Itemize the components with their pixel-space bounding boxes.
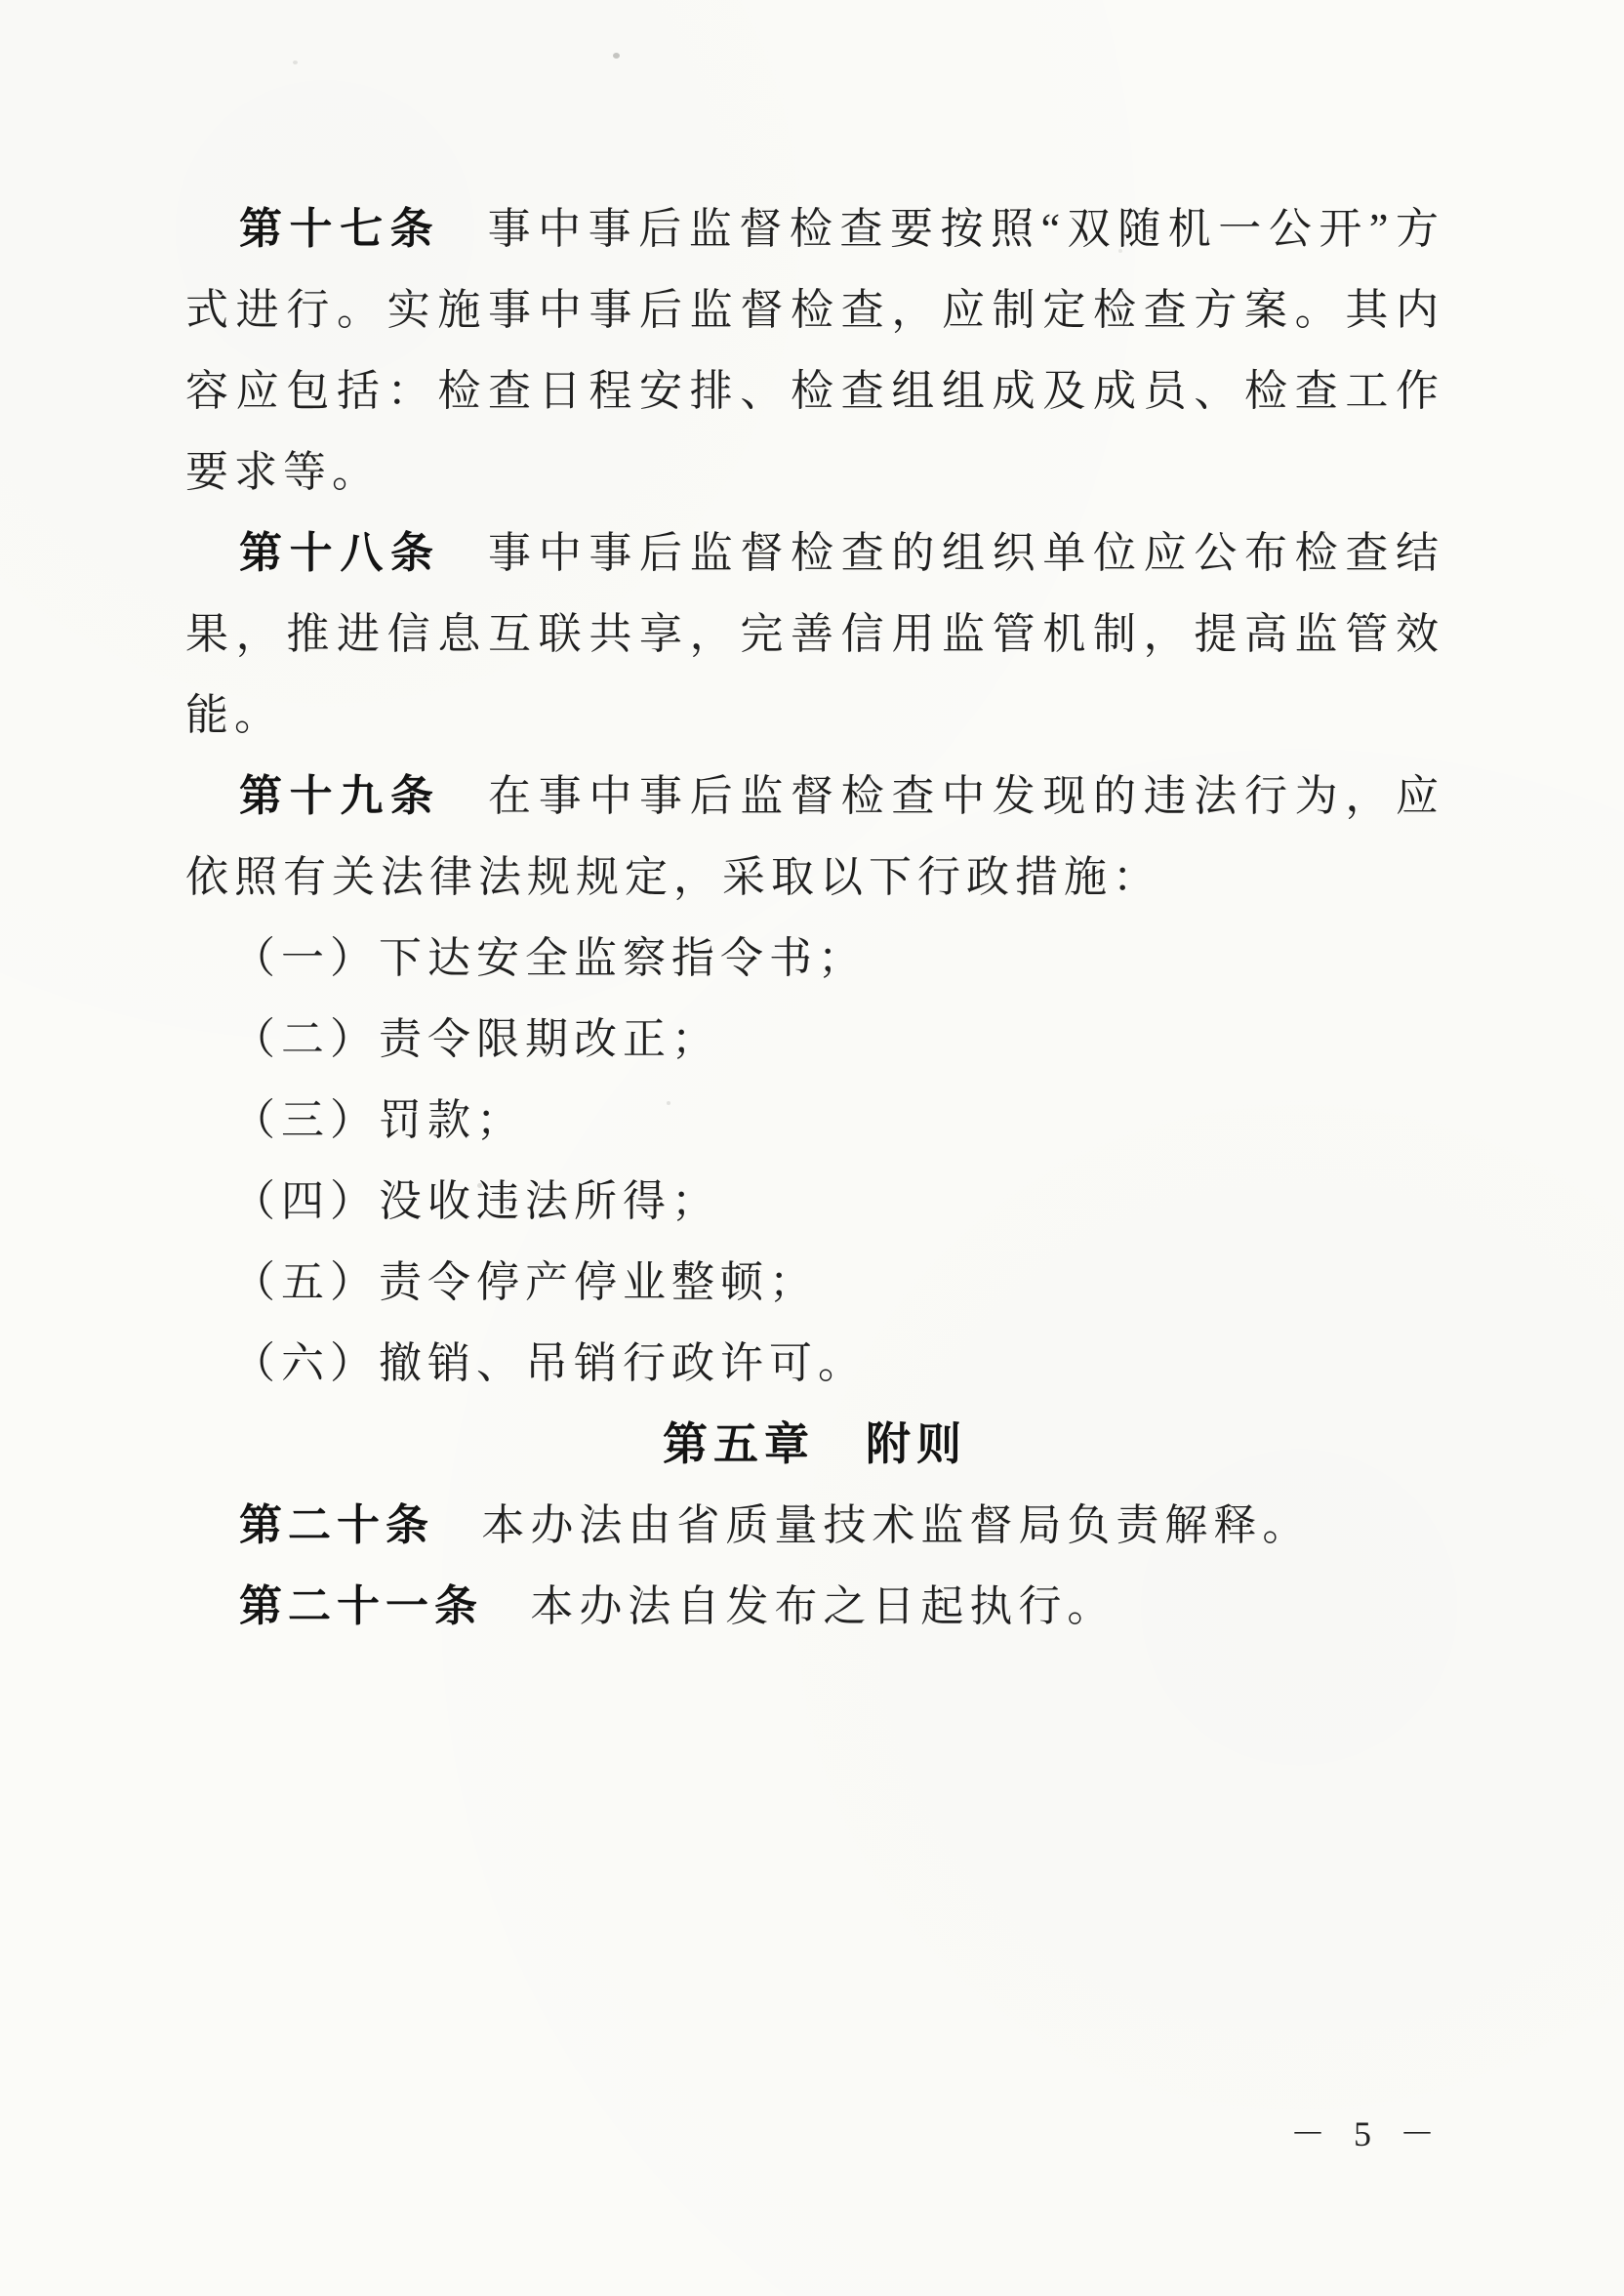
article-20-paragraph: 第二十条本办法由省质量技术监督局负责解释。 — [185, 1485, 1444, 1566]
page-number: － 5 － — [1290, 2107, 1444, 2156]
article-18-paragraph: 第十八条事中事后监督检查的组织单位应公布检查结果，推进信息互联共享，完善信用监管… — [185, 512, 1444, 756]
measure-item-5: （五）责令停产停业整顿； — [185, 1242, 1444, 1323]
chapter-5-heading: 第五章 附则 — [185, 1404, 1444, 1485]
article-17-paragraph: 第十七条事中事后监督检查要按照“双随机一公开”方式进行。实施事中事后监督检查，应… — [185, 188, 1444, 512]
article-19-paragraph: 第十九条在事中事后监督检查中发现的违法行为，应依照有关法律法规规定，采取以下行政… — [185, 756, 1444, 918]
article-17-label: 第十七条 — [239, 205, 440, 253]
measure-item-2: （二）责令限期改正； — [185, 999, 1444, 1080]
measure-item-1: （一）下达安全监察指令书； — [185, 918, 1444, 999]
scan-speck — [613, 53, 620, 59]
scanned-document-page: 第十七条事中事后监督检查要按照“双随机一公开”方式进行。实施事中事后监督检查，应… — [0, 0, 1624, 2296]
article-20-label: 第二十条 — [239, 1501, 434, 1549]
measure-item-6: （六）撤销、吊销行政许可。 — [185, 1323, 1444, 1404]
article-20-text: 本办法由省质量技术监督局负责解释。 — [481, 1501, 1311, 1549]
measure-item-3: （三）罚款； — [185, 1080, 1444, 1161]
article-21-text: 本办法自发布之日起执行。 — [530, 1582, 1116, 1630]
article-21-label: 第二十一条 — [239, 1582, 483, 1630]
document-body: 第十七条事中事后监督检查要按照“双随机一公开”方式进行。实施事中事后监督检查，应… — [185, 188, 1444, 1647]
article-21-paragraph: 第二十一条本办法自发布之日起执行。 — [185, 1566, 1444, 1647]
article-18-label: 第十八条 — [239, 529, 441, 577]
article-19-label: 第十九条 — [239, 772, 441, 820]
scan-speck — [293, 61, 298, 64]
measure-item-4: （四）没收违法所得； — [185, 1161, 1444, 1242]
